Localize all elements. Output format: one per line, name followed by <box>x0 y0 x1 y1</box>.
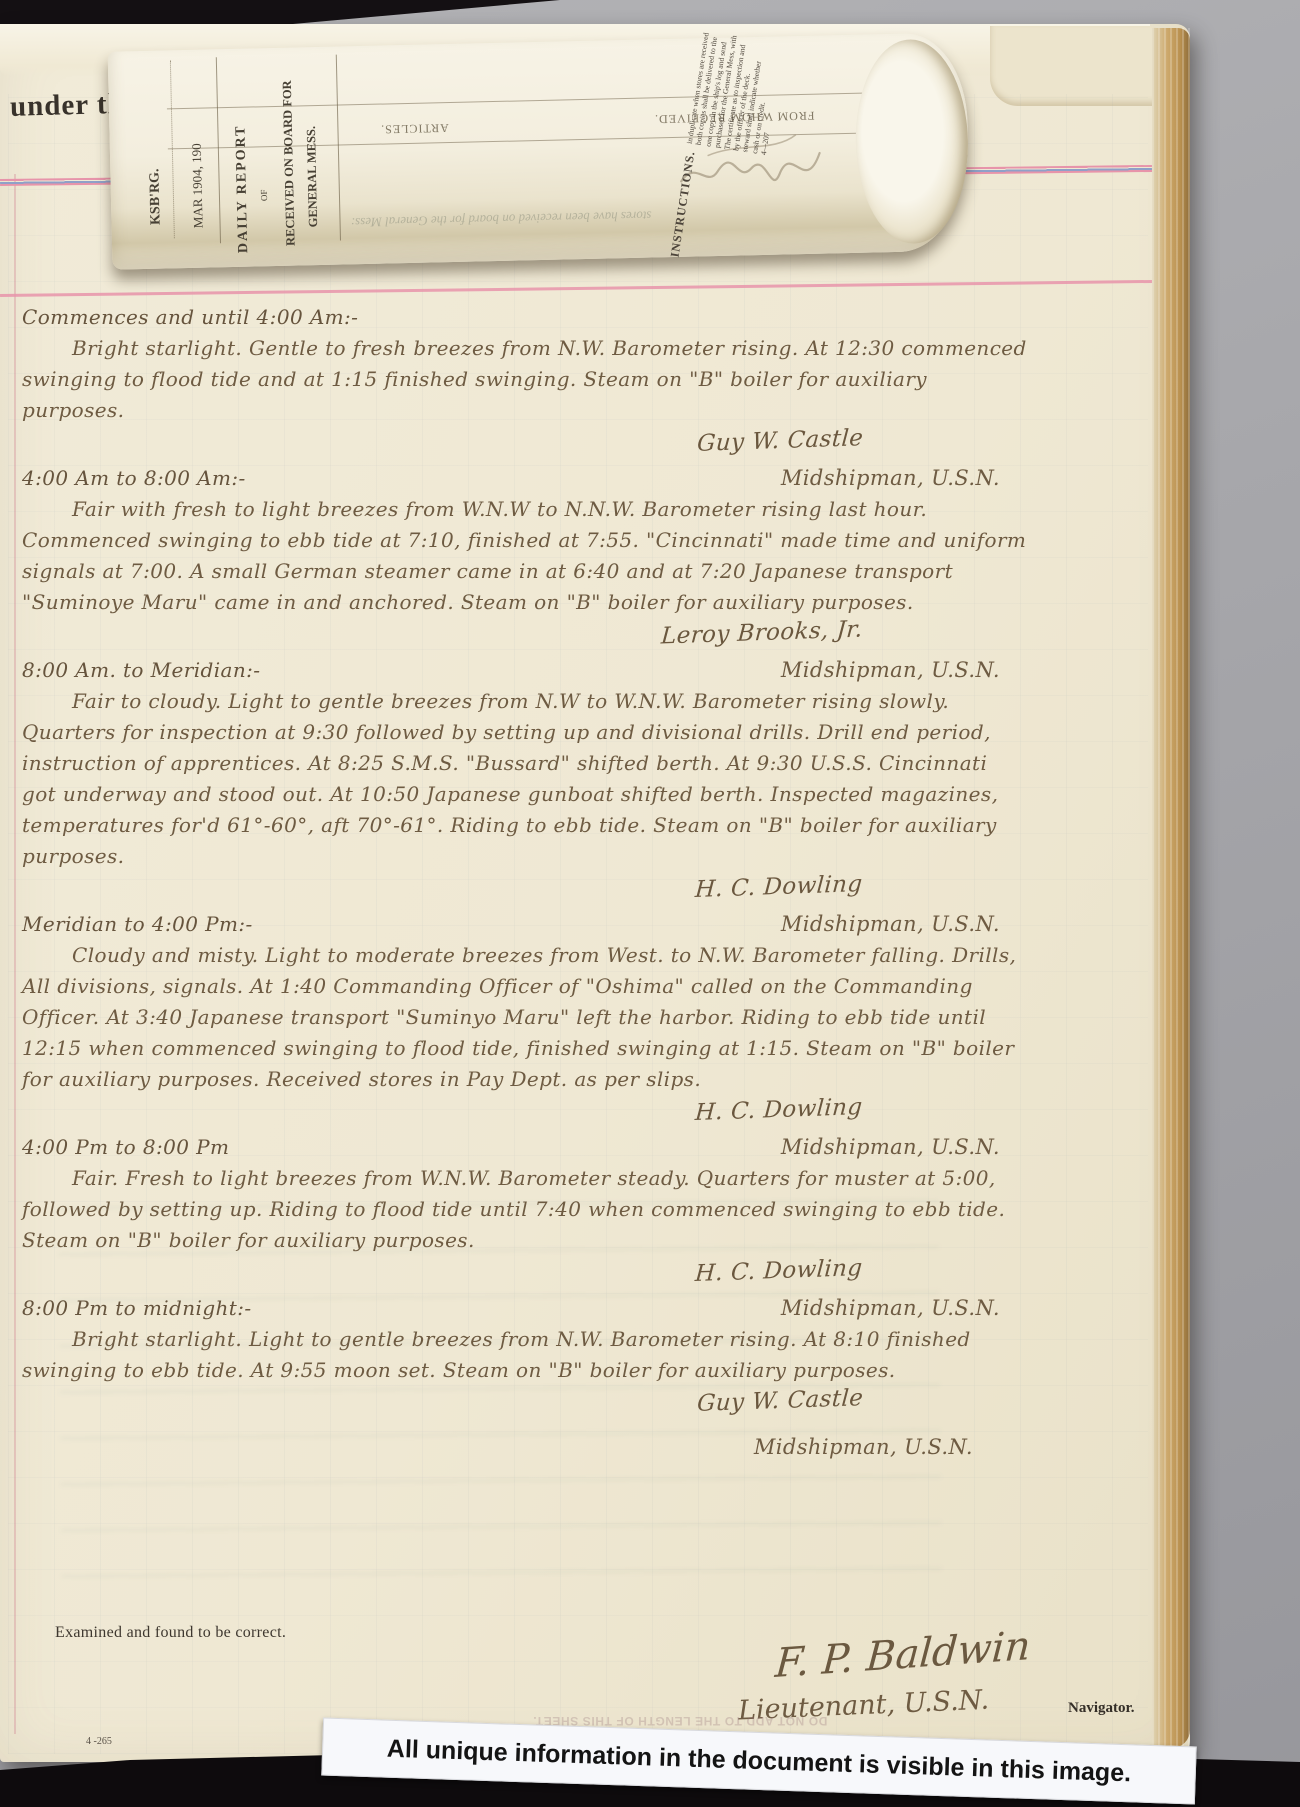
visibility-label-text: All unique information in the document i… <box>386 1734 1131 1788</box>
entry-signature: H. C. Dowling <box>694 869 864 906</box>
final-rank: Midshipman, U.S.N. <box>22 1432 1028 1463</box>
entry-signature: Guy W. Castle <box>696 423 864 460</box>
entry-body: Fair. Fresh to light breezes from W.N.W.… <box>22 1163 1028 1256</box>
previous-entry-rank: Midshipman, U.S.N. <box>781 1293 1028 1324</box>
entry-body: Fair to cloudy. Light to gentle breezes … <box>22 686 1028 872</box>
entry-signature: H. C. Dowling <box>694 1253 864 1290</box>
entry-heading: 4:00 Pm to 8:00 Pm <box>22 1132 229 1163</box>
insert-col-articles: ARTICLES. <box>349 119 479 137</box>
mess-report-insert: KSB'RG. MAR 1904, 190 DAILY REPORT OF RE… <box>108 32 971 269</box>
final-rank-row: Midshipman, U.S.N. <box>22 1432 1028 1464</box>
previous-entry-rank: Midshipman, U.S.N. <box>781 909 1028 940</box>
log-entry: 8:00 Am. to Meridian:- Midshipman, U.S.N… <box>22 655 1028 903</box>
log-entry: Commences and until 4:00 Am:- Bright sta… <box>22 302 1028 457</box>
entry-signature: Guy W. Castle <box>696 1383 864 1420</box>
entry-signature: H. C. Dowling <box>694 1092 864 1129</box>
insert-certify-fragment: stores have been received on board for t… <box>211 207 651 233</box>
entry-body: Cloudy and misty. Light to moderate bree… <box>22 940 1028 1095</box>
insert-report-title: DAILY REPORT <box>233 114 252 264</box>
instructions-lines: in duplicate when stores are receivedbot… <box>685 30 786 155</box>
instructions-title: INSTRUCTIONS. <box>667 150 698 258</box>
log-entry: 8:00 Pm to midnight:- Midshipman, U.S.N.… <box>22 1293 1028 1417</box>
log-entries: Commences and until 4:00 Am:- Bright sta… <box>22 302 1028 1423</box>
insert-column-rule-2 <box>336 55 341 241</box>
stamp-date: MAR 1904, 190 <box>188 111 207 261</box>
previous-entry-rank: Midshipman, U.S.N. <box>781 655 1028 686</box>
navigator-printed-label: Navigator. <box>1068 1700 1135 1717</box>
entry-heading: 8:00 Pm to midnight:- <box>22 1293 252 1324</box>
logbook-page: under the comm vy, Commences and until 4… <box>0 24 1190 1762</box>
entry-heading: Meridian to 4:00 Pm:- <box>22 909 253 940</box>
previous-entry-rank: Midshipman, U.S.N. <box>781 463 1028 494</box>
book-fore-edge <box>1152 28 1190 1748</box>
entry-heading: Commences and until 4:00 Am:- <box>22 302 358 333</box>
photo-stage: under the comm vy, Commences and until 4… <box>0 0 1300 1807</box>
insert-report-line2: RECEIVED ON BOARD FOR <box>279 56 299 270</box>
entry-body: Bright starlight. Light to gentle breeze… <box>22 1324 1028 1386</box>
entry-signature: Leroy Brooks, Jr. <box>660 614 864 652</box>
insert-column-rule-1 <box>216 57 221 243</box>
log-entry: 4:00 Am to 8:00 Am:- Midshipman, U.S.N. … <box>22 463 1028 649</box>
examined-note: Examined and found to be correct. <box>55 1624 286 1642</box>
left-margin-rule <box>14 174 16 1734</box>
entry-body: Bright starlight. Gentle to fresh breeze… <box>22 333 1028 426</box>
insert-report-of: OF <box>259 182 270 208</box>
stamp-place: KSB'RG. <box>147 152 165 242</box>
entry-body: Fair with fresh to light breezes from W.… <box>22 494 1028 618</box>
log-entry: 4:00 Pm to 8:00 Pm Midshipman, U.S.N. Fa… <box>22 1132 1028 1287</box>
previous-entry-rank: Midshipman, U.S.N. <box>781 1132 1028 1163</box>
form-number: 4 -265 <box>86 1736 112 1747</box>
entry-heading: 8:00 Am. to Meridian:- <box>22 655 260 686</box>
log-entry: Meridian to 4:00 Pm:- Midshipman, U.S.N.… <box>22 909 1028 1126</box>
entry-heading: 4:00 Am to 8:00 Am:- <box>22 463 246 494</box>
